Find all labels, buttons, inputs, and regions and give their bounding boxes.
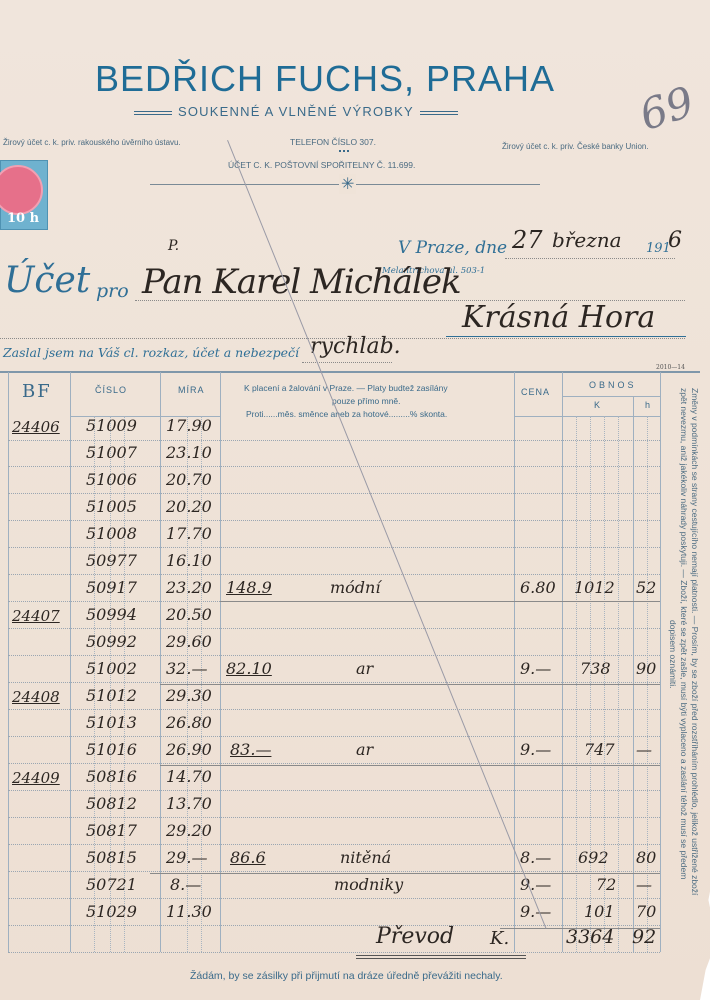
shipping-line bbox=[302, 362, 392, 363]
mira: 20.20 bbox=[166, 497, 212, 516]
description: ar bbox=[356, 740, 373, 759]
revenue-stamp: 10 h bbox=[0, 160, 48, 230]
cislo: 50992 bbox=[86, 632, 137, 651]
double-rule-right bbox=[420, 111, 458, 115]
table-row: 50721 8.— modniky 9.— 72 — bbox=[0, 875, 660, 901]
date-day: 27 bbox=[512, 226, 543, 254]
col-header-cislo: ČÍSLO bbox=[95, 385, 127, 395]
bf-number: 24409 bbox=[12, 769, 60, 787]
table-top-rule bbox=[0, 371, 700, 373]
bf-number: 24408 bbox=[12, 688, 60, 706]
mira: 20.70 bbox=[166, 470, 212, 489]
mira: 8.— bbox=[170, 875, 201, 894]
mira: 29.30 bbox=[166, 686, 212, 705]
dot-separator bbox=[339, 150, 349, 152]
cislo: 51005 bbox=[86, 497, 137, 516]
double-underline bbox=[356, 955, 526, 959]
amount-h: 70 bbox=[636, 902, 656, 921]
cislo: 50817 bbox=[86, 821, 137, 840]
table-row: 50815 29.— 86.6 nitěná 8.— 692 80 bbox=[0, 848, 660, 874]
subtotal: 83.— bbox=[230, 740, 271, 759]
col-header-h: h bbox=[645, 400, 651, 410]
table-row: 24406 51009 17.90 bbox=[0, 416, 660, 442]
table-row: 50977 16.10 bbox=[0, 551, 660, 577]
grand-total-k: 3364 bbox=[566, 926, 614, 948]
shipping-method: rychlab. bbox=[310, 334, 401, 359]
bf-number: 24407 bbox=[12, 607, 60, 625]
subtotal: 86.6 bbox=[230, 848, 266, 867]
footer-note: Žádám, by se zásilky při přijmutí na drá… bbox=[190, 970, 503, 982]
side-notice-line-2: zpět nevezmu, aniž jakékoliv náhrady pos… bbox=[678, 388, 689, 948]
subtotal: 148.9 bbox=[226, 578, 272, 597]
side-notice: Změny v podmínkách se strany cestujícího… bbox=[660, 388, 700, 948]
description: módní bbox=[330, 578, 380, 597]
table-row: 51013 26.80 bbox=[0, 713, 660, 739]
cislo: 51007 bbox=[86, 443, 137, 462]
table-row: 50992 29.60 bbox=[0, 632, 660, 658]
company-tagline: SOUKENNÉ A VLNĚNÉ VÝROBKY bbox=[128, 104, 464, 119]
pencil-mark: 69 bbox=[634, 77, 700, 140]
shipped-label: Zaslal jsem na Váš cl. rozkaz, účet a ne… bbox=[3, 345, 299, 360]
col-header-obnos: OBNOS bbox=[589, 380, 637, 390]
mira: 11.30 bbox=[166, 902, 212, 921]
cislo: 50917 bbox=[86, 578, 137, 597]
description: modniky bbox=[334, 875, 403, 894]
amount-k: 101 bbox=[584, 902, 615, 921]
table-row: 24408 51012 29.30 bbox=[0, 686, 660, 712]
mira: 17.70 bbox=[166, 524, 212, 543]
amount-k: 747 bbox=[584, 740, 615, 759]
table-row: 50812 13.70 bbox=[0, 794, 660, 820]
table-row: 51002 32.— 82.10 ar 9.— 738 90 bbox=[0, 659, 660, 685]
cislo: 51002 bbox=[86, 659, 137, 678]
cislo: 51006 bbox=[86, 470, 137, 489]
group-rule bbox=[160, 684, 660, 685]
tagline-text: SOUKENNÉ A VLNĚNÉ VÝROBKY bbox=[178, 104, 414, 119]
mira: 16.10 bbox=[166, 551, 212, 570]
col-header-bf: BF bbox=[22, 381, 52, 402]
cislo: 50721 bbox=[86, 875, 137, 894]
transfer-label: Převod bbox=[376, 924, 454, 949]
cislo: 50994 bbox=[86, 605, 137, 624]
amount-h: 90 bbox=[636, 659, 656, 678]
amount-k: 1012 bbox=[574, 578, 615, 597]
cislo: 51016 bbox=[86, 740, 137, 759]
mira: 29.— bbox=[166, 848, 207, 867]
table-row: 51006 20.70 bbox=[0, 470, 660, 496]
amount-k: 72 bbox=[596, 875, 616, 894]
mira: 13.70 bbox=[166, 794, 212, 813]
table-row: 24409 50816 14.70 bbox=[0, 767, 660, 793]
cislo: 50977 bbox=[86, 551, 137, 570]
cislo: 50816 bbox=[86, 767, 137, 786]
table-row: 51008 17.70 bbox=[0, 524, 660, 550]
table-row: 24407 50994 20.50 bbox=[0, 605, 660, 631]
company-name: BEDŘICH FUCHS, PRAHA bbox=[95, 58, 555, 100]
amount-k: 738 bbox=[580, 659, 611, 678]
amount-h: — bbox=[636, 875, 652, 894]
group-rule bbox=[160, 765, 660, 766]
cislo: 51013 bbox=[86, 713, 137, 732]
asterisk-ornament-icon: ✳ bbox=[339, 174, 356, 194]
mira: 14.70 bbox=[166, 767, 212, 786]
mira: 29.60 bbox=[166, 632, 212, 651]
telephone: TELEFON ČÍSLO 307. bbox=[290, 137, 376, 147]
date-line bbox=[505, 258, 675, 259]
bf-number: 24406 bbox=[12, 418, 60, 436]
amount-k: 692 bbox=[578, 848, 609, 867]
mira: 26.90 bbox=[166, 740, 212, 759]
invoice-sheet: BEDŘICH FUCHS, PRAHA SOUKENNÉ A VLNĚNÉ V… bbox=[0, 0, 710, 1000]
form-number: 2010—14 bbox=[656, 364, 685, 371]
terms-line-1: K placení a žalování v Praze. — Platy bu… bbox=[244, 383, 448, 393]
cislo: 50812 bbox=[86, 794, 137, 813]
customer-town: Krásná Hora bbox=[462, 300, 655, 335]
unit-price: 9.— bbox=[520, 659, 551, 678]
mira: 20.50 bbox=[166, 605, 212, 624]
group-rule bbox=[220, 601, 660, 602]
mira: 23.10 bbox=[166, 443, 212, 462]
postal-account: ÚČET C. K. POŠTOVNÍ SPOŘITELNY Č. 11.699… bbox=[228, 160, 415, 170]
description: ar bbox=[356, 659, 373, 678]
for-label: pro bbox=[96, 280, 129, 302]
side-notice-line-1: Změny v podmínkách se strany cestujícího… bbox=[689, 388, 700, 948]
table-row: 51005 20.20 bbox=[0, 497, 660, 523]
town-underline bbox=[446, 336, 686, 337]
cislo: 51029 bbox=[86, 902, 137, 921]
right-bank-account: Žirový účet c. k. priv. České banky Unio… bbox=[502, 142, 649, 151]
transfer-row: Převod K. 3364 92 bbox=[0, 930, 660, 956]
table-row: 51029 11.30 9.— 101 70 bbox=[0, 902, 660, 928]
terms-line-2: pouze přímo mně. bbox=[332, 396, 401, 406]
mira: 29.20 bbox=[166, 821, 212, 840]
mira: 17.90 bbox=[166, 416, 212, 435]
table-row: 51016 26.90 83.— ar 9.— 747 — bbox=[0, 740, 660, 766]
customer-name: Pan Karel Michálek bbox=[142, 262, 461, 302]
mira: 26.80 bbox=[166, 713, 212, 732]
amount-h: — bbox=[636, 740, 652, 759]
group-rule bbox=[150, 873, 660, 874]
cislo: 51009 bbox=[86, 416, 137, 435]
mira: 32.— bbox=[166, 659, 207, 678]
mira: 23.20 bbox=[166, 578, 212, 597]
date-month: března bbox=[552, 228, 622, 252]
obnos-sub-rule bbox=[562, 396, 660, 397]
description: nitěná bbox=[340, 848, 391, 867]
cislo: 50815 bbox=[86, 848, 137, 867]
side-notice-line-3: dopisem oznámiti. bbox=[667, 388, 678, 948]
col-header-cena: CENA bbox=[521, 387, 550, 397]
unit-price: 9.— bbox=[520, 740, 551, 759]
cislo: 51012 bbox=[86, 686, 137, 705]
place-label: V Praze, dne bbox=[398, 238, 507, 258]
grand-total-h: 92 bbox=[632, 926, 656, 948]
amount-h: 52 bbox=[636, 578, 656, 597]
amount-h: 80 bbox=[636, 848, 656, 867]
year-suffix: 6 bbox=[668, 228, 682, 253]
invoice-label: Účet bbox=[4, 260, 90, 301]
unit-price: 8.— bbox=[520, 848, 551, 867]
table-row: 51007 23.10 bbox=[0, 443, 660, 469]
table-row: 50817 29.20 bbox=[0, 821, 660, 847]
currency-label: K. bbox=[490, 928, 509, 949]
stamp-medallion-icon bbox=[0, 165, 43, 215]
unit-price: 6.80 bbox=[520, 578, 556, 597]
subtotal: 82.10 bbox=[226, 659, 272, 678]
customer-prefix: P. bbox=[168, 238, 179, 254]
stamp-value: 10 h bbox=[7, 211, 39, 226]
double-rule-left bbox=[134, 111, 172, 115]
col-header-k: K bbox=[594, 400, 601, 410]
cislo: 51008 bbox=[86, 524, 137, 543]
col-header-mira: MÍRA bbox=[178, 385, 205, 395]
left-bank-account: Žirový účet c. k. priv. rakouského úvěrn… bbox=[3, 138, 181, 147]
